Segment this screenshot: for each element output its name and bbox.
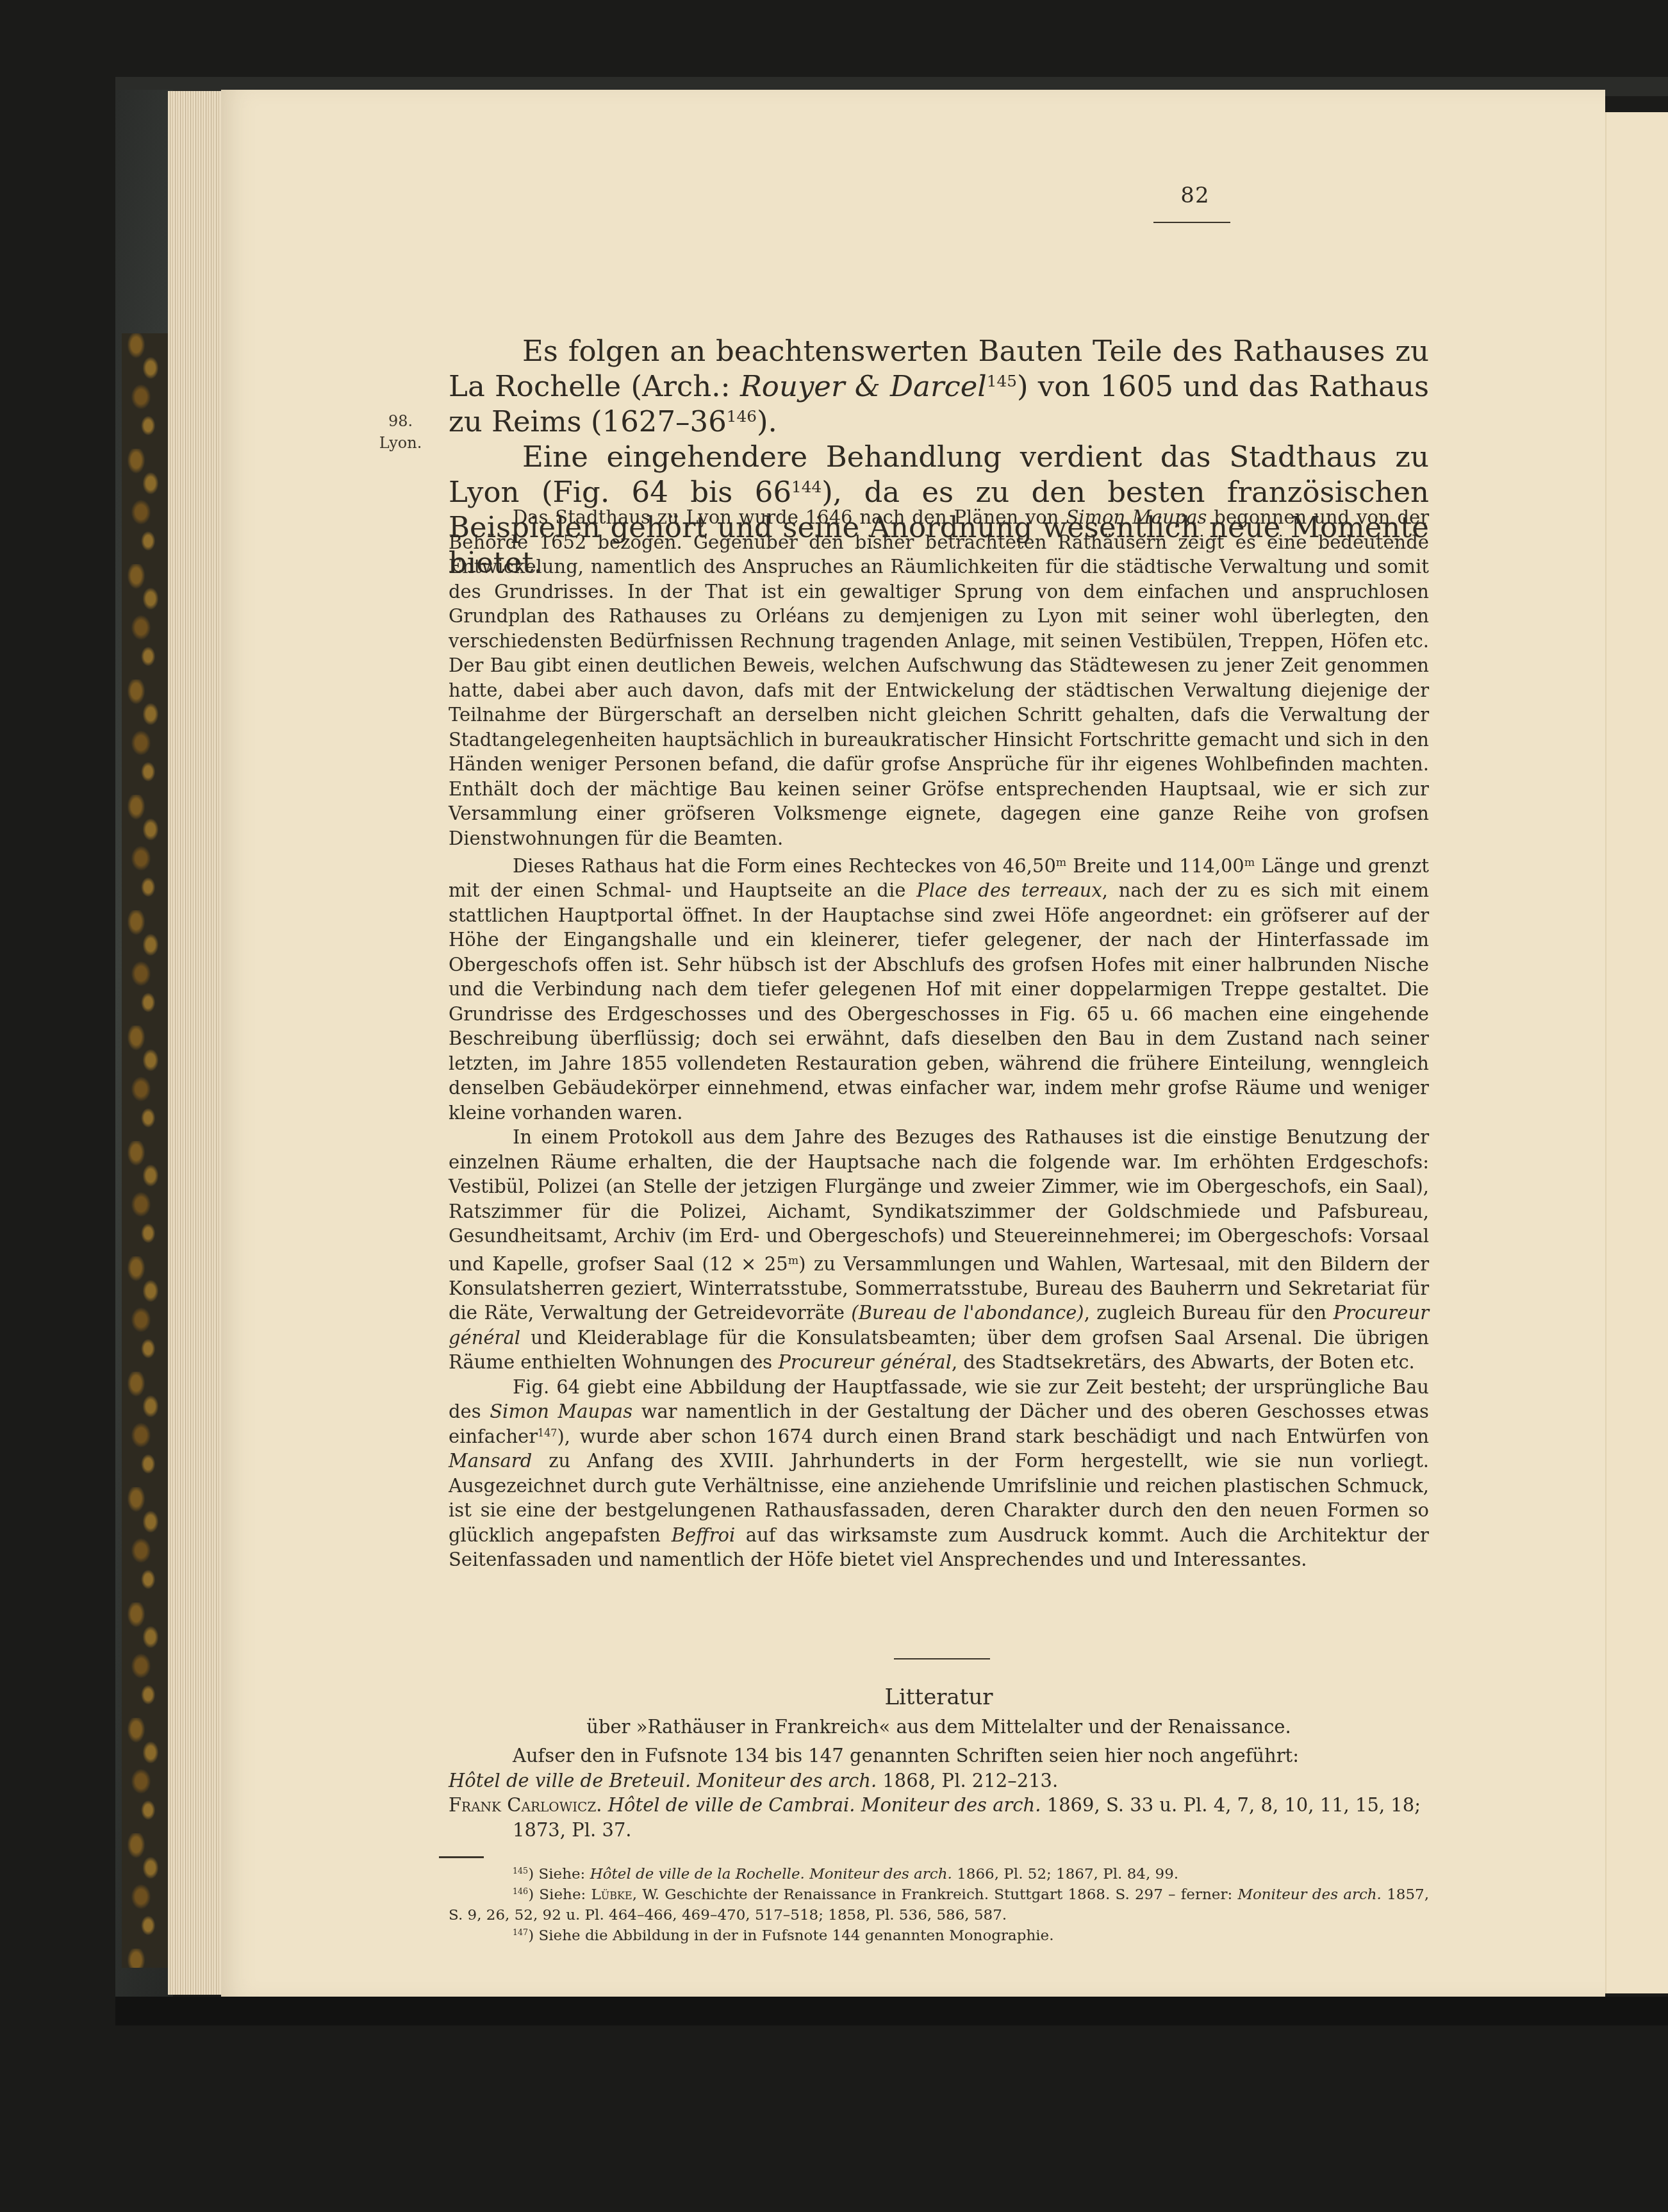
literature-subheading: über »Rathäuser in Frankreich« aus dem M… — [449, 1716, 1429, 1738]
book-cover-bottom-edge — [115, 1997, 1668, 2025]
literature-entry: Frank Carlowicz. Hôtel de ville de Cambr… — [449, 1793, 1429, 1842]
page-number: 82 — [1150, 183, 1240, 208]
author: Frank Carlowicz. — [449, 1794, 602, 1816]
text: Das Stadthaus zu Lyon wurde 1646 nach de… — [513, 506, 1066, 528]
italic-text: Moniteur des arch. — [1237, 1886, 1382, 1903]
author: Lübke, W. — [591, 1886, 659, 1903]
italic-text: Rouyer & Darcel — [740, 369, 987, 403]
footnote-divider — [439, 1856, 484, 1858]
text: ) Siehe die Abbildung in der in Fufsnote… — [528, 1927, 1053, 1944]
text: 1868, Pl. 212–213. — [877, 1770, 1058, 1792]
italic-text: Hôtel de ville de Breteuil. Moniteur des… — [449, 1770, 877, 1792]
italic-text: Simon Maupas — [1066, 506, 1207, 528]
footnotes: 145) Siehe: Hôtel de ville de la Rochell… — [449, 1864, 1429, 1946]
text: 1866, Pl. 52; 1867, Pl. 84, 99. — [952, 1866, 1178, 1883]
italic-text: Place des terreaux — [916, 879, 1102, 901]
footnote-number: 145 — [513, 1866, 528, 1875]
text: , zugleich Bureau für den — [1084, 1302, 1334, 1324]
section-divider — [894, 1658, 990, 1659]
adjacent-page-edge — [1605, 112, 1668, 1993]
text: begonnen und von der Behörde 1652 bezoge… — [449, 506, 1429, 849]
margin-note-number: 98. — [356, 410, 445, 432]
literature-heading: Litteratur — [449, 1684, 1429, 1710]
body-text: Das Stadthaus zu Lyon wurde 1646 nach de… — [449, 505, 1429, 1572]
text: , nach der zu es sich mit einem stattlic… — [449, 879, 1429, 1124]
italic-text: Beffroi — [672, 1524, 736, 1546]
text: Geschichte der Renaissance in Frankreich… — [659, 1886, 1237, 1903]
lead-paragraph: Es folgen an beachtenswerten Bauten Teil… — [449, 333, 1429, 439]
unit-superscript: m — [1244, 856, 1255, 869]
italic-text: Hôtel de ville de la Rochelle. Moniteur … — [590, 1866, 952, 1883]
unit-superscript: m — [788, 1254, 799, 1267]
literature-list: Aufser den in Fufsnote 134 bis 147 genan… — [449, 1743, 1429, 1842]
page-number-rule — [1153, 222, 1230, 223]
page-content: 82 98. Lyon. Es folgen an beachtenswerte… — [221, 90, 1605, 1997]
body-paragraph: Das Stadthaus zu Lyon wurde 1646 nach de… — [449, 505, 1429, 851]
marbled-endpaper-edge — [122, 333, 170, 1968]
text: ) Siehe: — [528, 1886, 591, 1903]
margin-note-label: Lyon. — [356, 432, 445, 454]
footnote-number: 146 — [513, 1886, 528, 1896]
footnote-ref[interactable]: 147 — [538, 1427, 557, 1439]
text: ), wurde aber schon 1674 durch einen Bra… — [557, 1426, 1429, 1447]
italic-text: (Bureau de l'abondance) — [851, 1302, 1084, 1324]
footnote-ref[interactable]: 144 — [791, 478, 822, 496]
italic-text: Simon Maupas — [490, 1401, 632, 1422]
unit-superscript: m — [1056, 856, 1067, 869]
body-paragraph: Fig. 64 giebt eine Abbildung der Hauptfa… — [449, 1375, 1429, 1572]
footnote: 146) Siehe: Lübke, W. Geschichte der Ren… — [449, 1884, 1429, 1925]
text: Dieses Rathaus hat die Form eines Rechte… — [513, 855, 1056, 877]
literature-entry: Hôtel de ville de Breteuil. Moniteur des… — [449, 1768, 1429, 1793]
footnote-number: 147 — [513, 1927, 528, 1937]
page-block-edges — [168, 91, 222, 1995]
footnote-ref[interactable]: 145 — [987, 372, 1017, 390]
footnote: 147) Siehe die Abbildung in der in Fufsn… — [449, 1925, 1429, 1946]
text: ). — [757, 404, 777, 438]
italic-text: Procureur général — [778, 1351, 952, 1373]
italic-text: Hôtel de ville de Cambrai. Moniteur des … — [602, 1794, 1041, 1816]
text: , des Stadtsekretärs, des Abwarts, der B… — [952, 1351, 1415, 1373]
text: Breite und 114,00 — [1066, 855, 1244, 877]
book-page: 82 98. Lyon. Es folgen an beachtenswerte… — [221, 90, 1605, 1997]
footnote: 145) Siehe: Hôtel de ville de la Rochell… — [449, 1864, 1429, 1884]
body-paragraph: Dieses Rathaus hat die Form eines Rechte… — [449, 851, 1429, 1125]
body-paragraph: In einem Protokoll aus dem Jahre des Bez… — [449, 1125, 1429, 1375]
italic-text: Mansard — [449, 1450, 532, 1472]
margin-note: 98. Lyon. — [356, 410, 445, 454]
text: ) Siehe: — [528, 1866, 590, 1883]
footnote-ref[interactable]: 146 — [727, 407, 757, 426]
literature-intro: Aufser den in Fufsnote 134 bis 147 genan… — [449, 1743, 1429, 1768]
